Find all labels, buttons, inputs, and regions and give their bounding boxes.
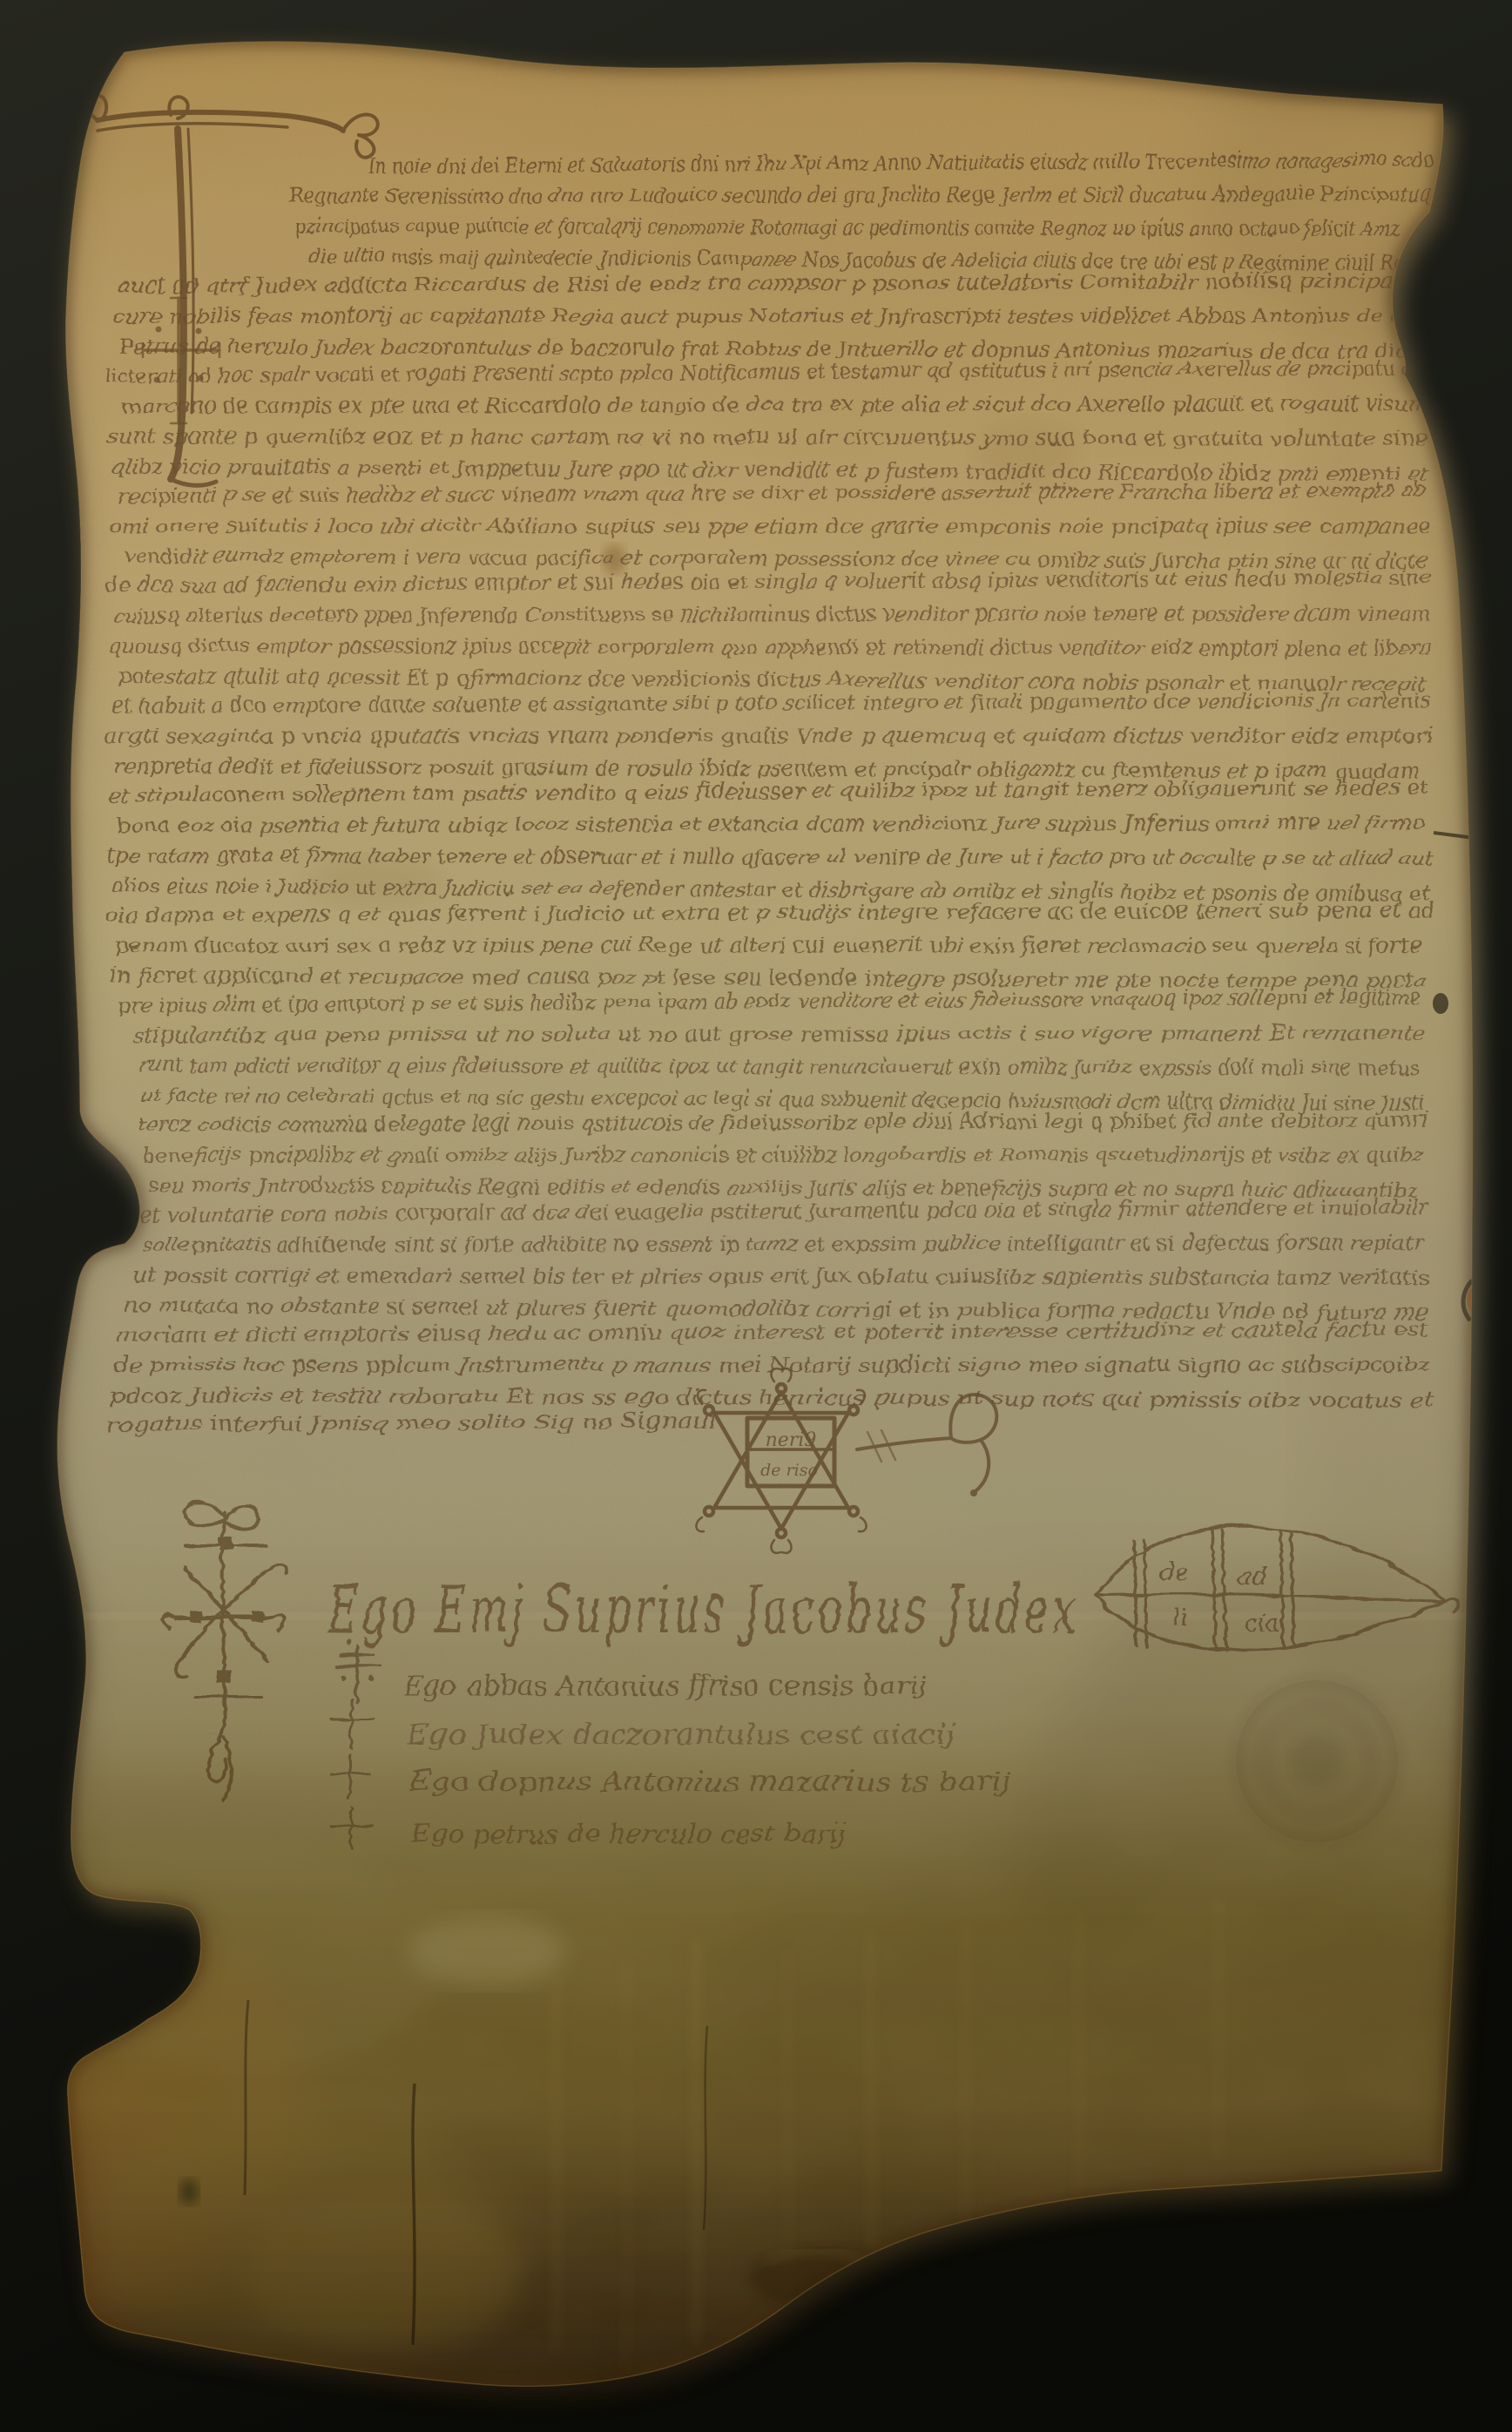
parchment-edge-highlight (57, 42, 1472, 2387)
photo-of-parchment-charter: In noie dni dei Eterni et Saluatoris dni… (0, 0, 1512, 2432)
